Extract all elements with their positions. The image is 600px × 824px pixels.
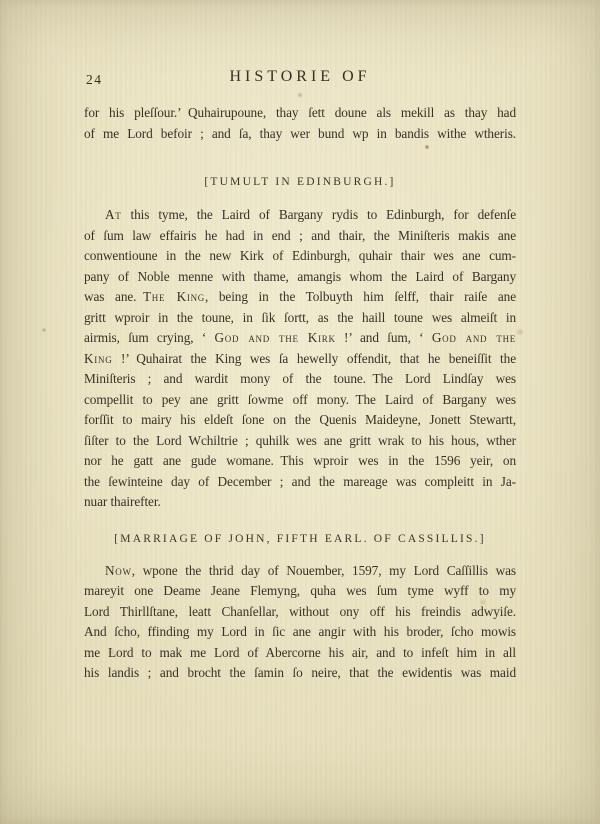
small-caps-run: God and the	[432, 330, 516, 345]
text-run: his landis ; and brocht the ſamin ſo nei…	[84, 665, 516, 680]
small-caps-run: Now	[105, 563, 132, 578]
text-run: compellit to pey ane gritt ſowme off mon…	[84, 392, 516, 407]
page-header: 24 HISTORIE OF	[84, 68, 516, 88]
text-run: , being in the Tolbuyth him ſelff, thair…	[205, 289, 516, 304]
text-run: of ſum law effairis he had in end ; and …	[84, 228, 516, 243]
text-run: And ſcho, ffinding my Lord in ſic ane an…	[84, 624, 516, 639]
text-run: !’ Quhairat the King wes ſa hewelly offe…	[112, 351, 516, 366]
text-line: compellit to pey ane gritt ſowme off mon…	[84, 390, 516, 411]
text-line: of ſum law effairis he had in end ; and …	[84, 226, 516, 247]
text-run: forſſit to mairy his eldeſt ſone on the …	[84, 412, 516, 427]
text-line: conwentioune in the new Kirk of Edinburg…	[84, 246, 516, 267]
text-line: At this tyme, the Laird of Bargany rydis…	[84, 205, 516, 226]
text-run: nor he gatt ane gude womane. This wproir…	[84, 453, 516, 468]
text-line: the ſewinteine day of December ; and the…	[84, 472, 516, 493]
text-run: !’ and ſum, ‘	[336, 330, 432, 345]
text-line: mareyit one Deame Jeane Flemyng, quha we…	[84, 581, 516, 602]
text-run: the ſewinteine day of December ; and the…	[84, 474, 516, 489]
text-run: Lord Thirllſtane, leatt Chanſellar, with…	[84, 604, 516, 619]
text-line: Now, wpone the thrid day of Nouember, 15…	[84, 561, 516, 582]
text-run: of me Lord befoir ; and ſa, thay wer bun…	[84, 126, 516, 141]
text-line: was ane. The King, being in the Tolbuyth…	[84, 287, 516, 308]
small-caps-run: King	[84, 351, 112, 366]
text-line: his landis ; and brocht the ſamin ſo nei…	[84, 663, 516, 684]
text-line: forſſit to mairy his eldeſt ſone on the …	[84, 410, 516, 431]
scanned-book-page: 24 HISTORIE OF for his pleſſour.’ Quhair…	[0, 0, 600, 824]
text-run: this tyme, the Laird of Bargany rydis to…	[122, 207, 516, 222]
text-line: for his pleſſour.’ Quhairupoune, thay ſe…	[84, 103, 516, 124]
small-caps-run: At	[105, 207, 122, 222]
paragraph-tumult-in-edinburgh: At this tyme, the Laird of Bargany rydis…	[84, 205, 516, 513]
text-run: airmis, ſum crying, ‘	[84, 330, 214, 345]
small-caps-run: The King	[143, 289, 205, 304]
text-run: conwentioune in the new Kirk of Edinburg…	[84, 248, 516, 263]
text-run: mareyit one Deame Jeane Flemyng, quha we…	[84, 583, 516, 598]
running-title: HISTORIE OF	[84, 68, 516, 86]
text-line: me Lord to mak me Lord of Abercorne his …	[84, 643, 516, 664]
text-run: nuar thairefter.	[84, 494, 161, 509]
text-run: Miniſteris ; and wardit mony of the toun…	[84, 371, 516, 386]
page-number: 24	[86, 72, 103, 88]
section-heading-marriage-of-john: [MARRIAGE OF JOHN, FIFTH EARL. OF CASSIL…	[84, 531, 516, 547]
text-line: Lord Thirllſtane, leatt Chanſellar, with…	[84, 602, 516, 623]
paragraph-marriage-of-john: Now, wpone the thrid day of Nouember, 15…	[84, 561, 516, 684]
text-line: And ſcho, ffinding my Lord in ſic ane an…	[84, 622, 516, 643]
text-run: pany of Noble menne with thame, amangis …	[84, 269, 516, 284]
small-caps-run: God and the Kirk	[214, 330, 335, 345]
text-line: Miniſteris ; and wardit mony of the toun…	[84, 369, 516, 390]
page-text-block: 24 HISTORIE OF for his pleſſour.’ Quhair…	[84, 68, 516, 684]
text-line: pany of Noble menne with thame, amangis …	[84, 267, 516, 288]
section-heading-tumult-in-edinburgh: [TUMULT IN EDINBURGH.]	[84, 174, 516, 190]
text-line: ſiſter to the Lord Wchiltrie ; quhilk we…	[84, 431, 516, 452]
text-line: of me Lord befoir ; and ſa, thay wer bun…	[84, 124, 516, 145]
text-line: King !’ Quhairat the King wes ſa hewelly…	[84, 349, 516, 370]
paragraph-intro-continuation: for his pleſſour.’ Quhairupoune, thay ſe…	[84, 103, 516, 144]
text-line: nuar thairefter.	[84, 492, 516, 513]
text-line: gritt wproir in the toune, in ſik ſortt,…	[84, 308, 516, 329]
text-run: was ane.	[84, 289, 143, 304]
text-run: me Lord to mak me Lord of Abercorne his …	[84, 645, 516, 660]
text-run: , wpone the thrid day of Nouember, 1597,…	[132, 563, 516, 578]
text-run: gritt wproir in the toune, in ſik ſortt,…	[84, 310, 516, 325]
text-run: ſiſter to the Lord Wchiltrie ; quhilk we…	[84, 433, 516, 448]
text-line: nor he gatt ane gude womane. This wproir…	[84, 451, 516, 472]
text-run: for his pleſſour.’ Quhairupoune, thay ſe…	[84, 105, 516, 120]
text-line: airmis, ſum crying, ‘ God and the Kirk !…	[84, 328, 516, 349]
